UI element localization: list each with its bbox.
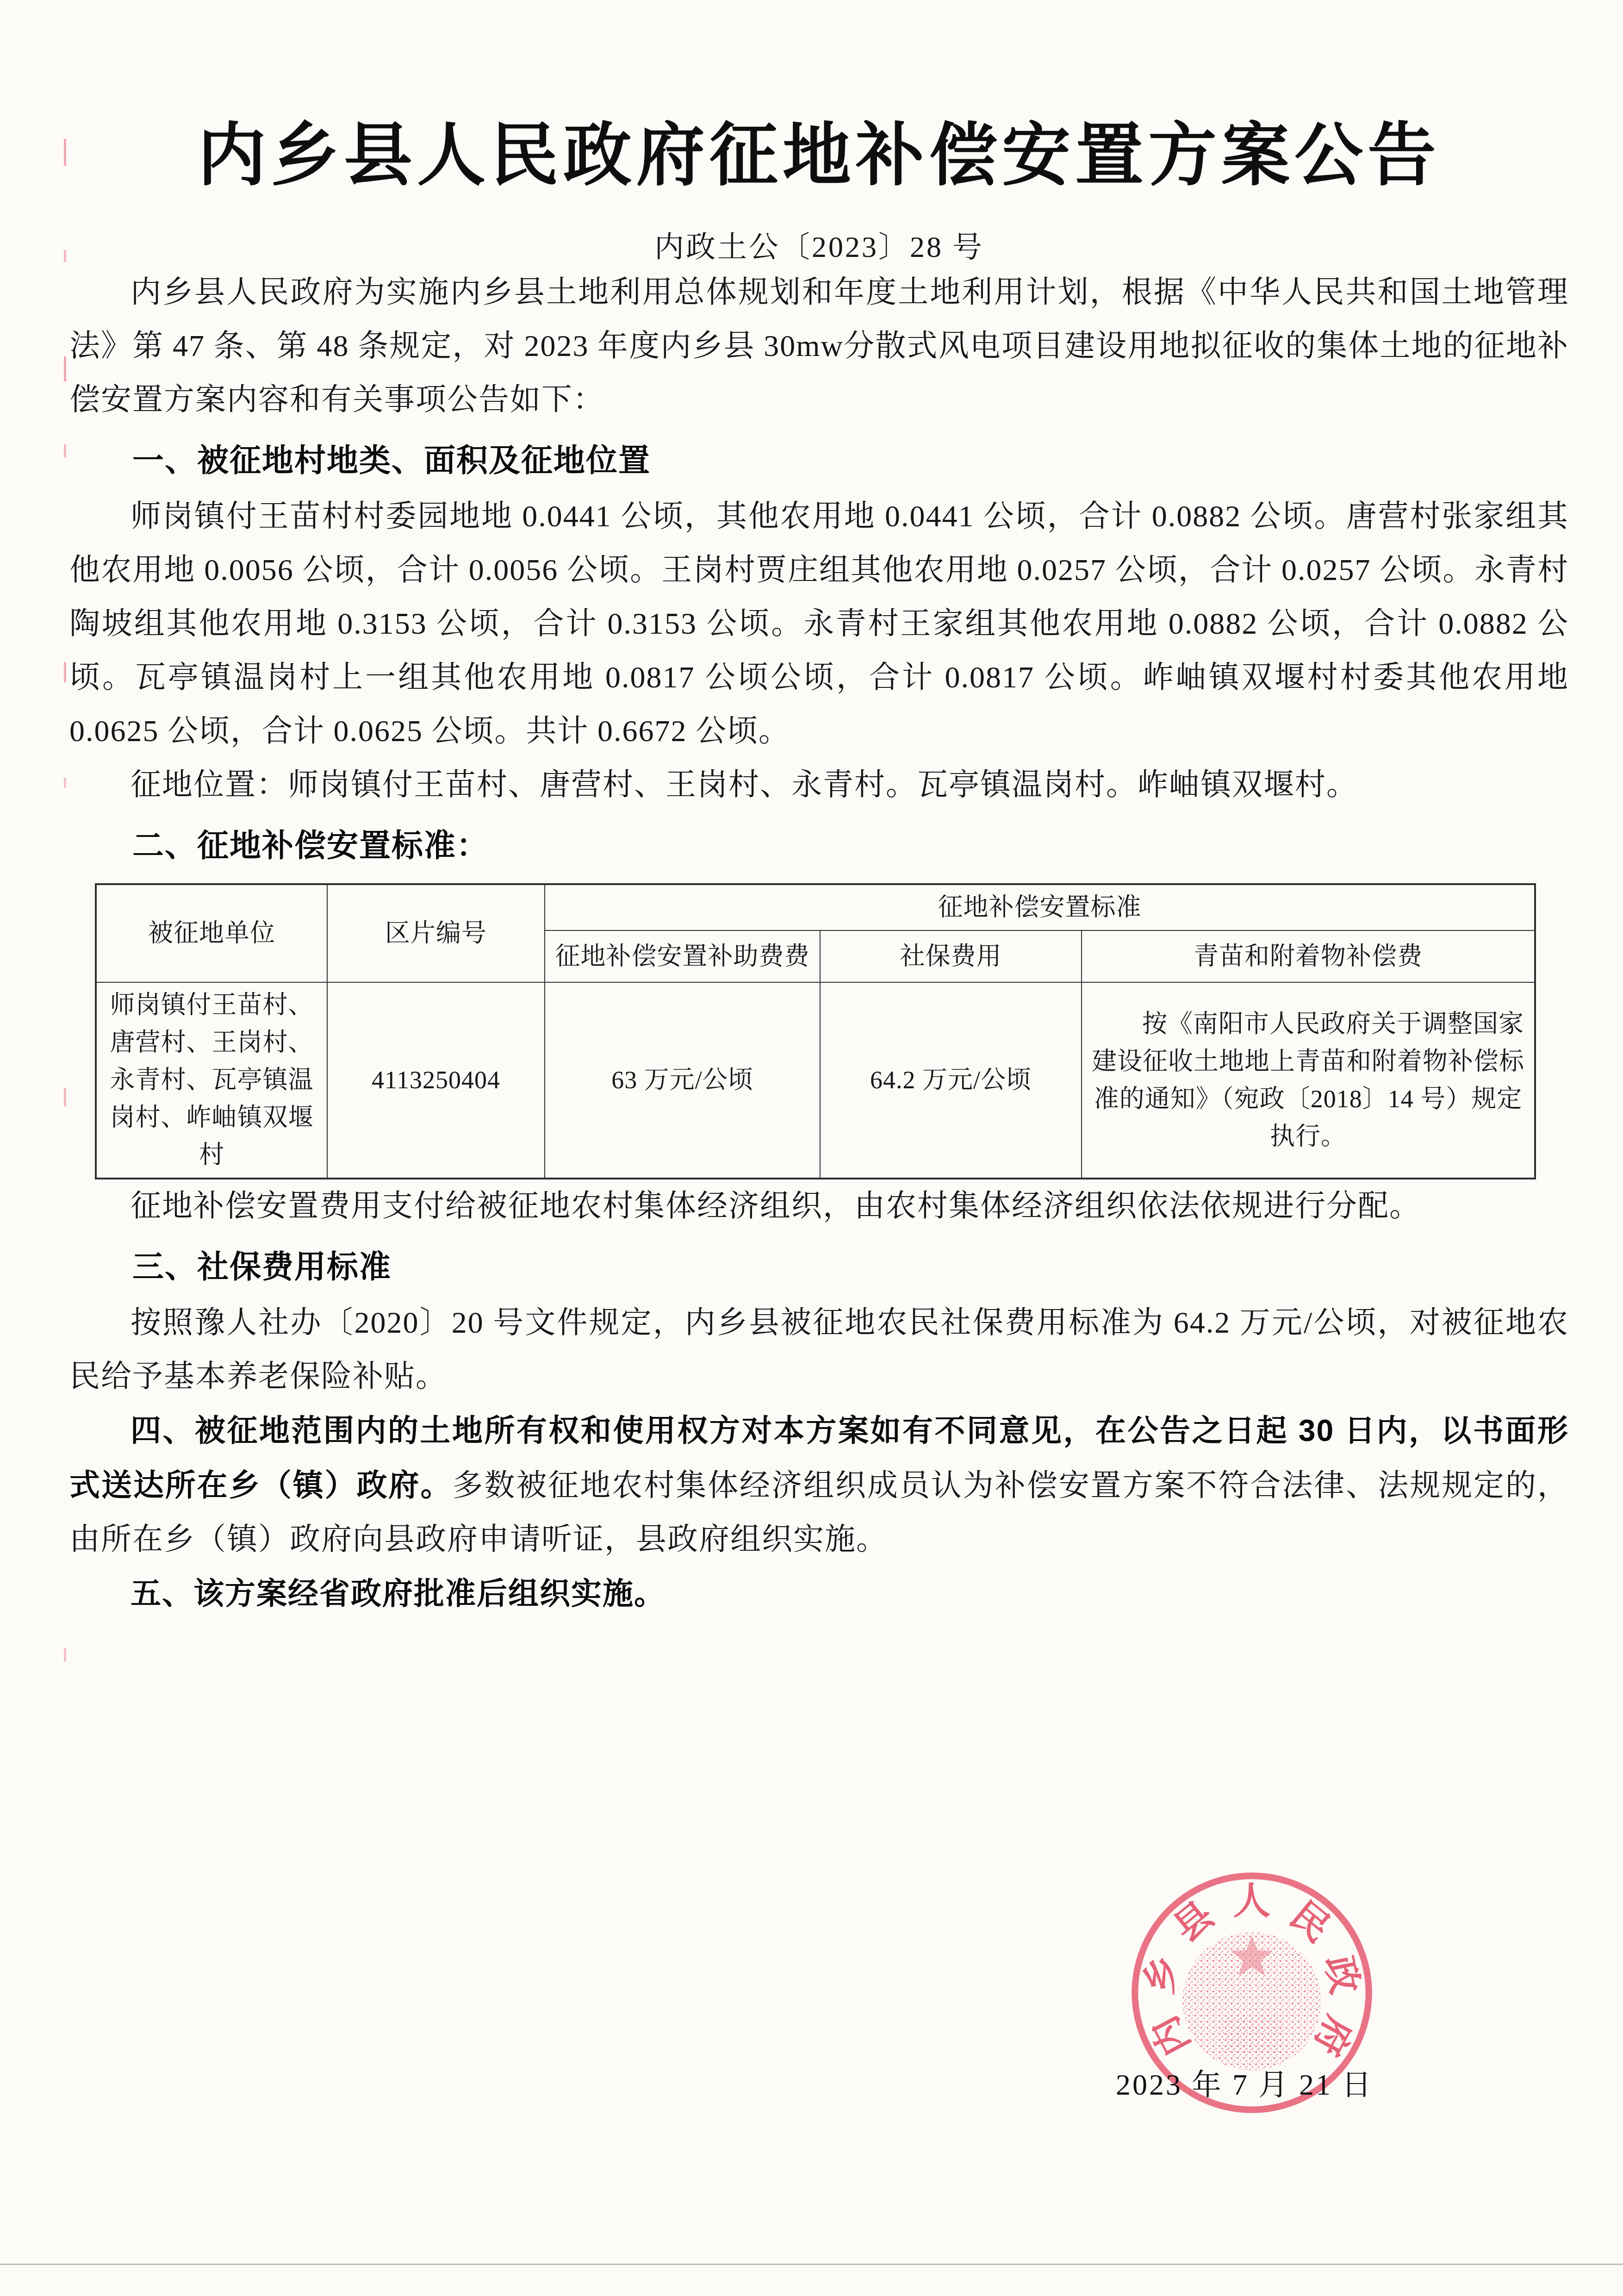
table-row: 师岗镇付王苗村、唐营村、王岗村、永青村、瓦亭镇温岗村、岞岫镇双堰村 411325… [96,982,1535,1179]
table-header-unit: 被征地单位 [96,884,327,982]
seal-character: 乡 [1138,1953,1186,1997]
table-header-standard-group: 征地补偿安置标准 [545,884,1535,930]
issue-date: 2023 年 7 月 21 日 [1116,2061,1373,2103]
scan-edge-artifact [64,1648,66,1662]
seal-character: 政 [1318,1953,1366,1997]
table-cell-block-number: 4113250404 [327,982,545,1179]
section3-heading: 三、社保费用标准 [69,1238,1569,1296]
compensation-standards-table: 被征地单位 区片编号 征地补偿安置标准 征地补偿安置补助费费 社保费用 青苗和附… [95,883,1536,1179]
seal-character: 人 [1233,1880,1271,1922]
section5-paragraph: 五、该方案经省政府批准后组织实施。 [69,1566,1569,1620]
section1-paragraph-locations: 征地位置：师岗镇付王苗村、唐营村、王岗村、永青村。瓦亭镇温岗村。岞岫镇双堰村。 [69,758,1569,812]
table-header-social-security: 社保费用 [820,930,1082,982]
table-cell-seedling-compensation: 按《南阳市人民政府关于调整国家建设征收土地地上青苗和附着物补偿标准的通知》（宛政… [1082,982,1535,1179]
table-header-seedling-compensation: 青苗和附着物补偿费 [1082,930,1535,982]
document-number: 内政土公〔2023〕28 号 [69,229,1569,266]
table-cell-social-security: 64.2 万元/公顷 [820,982,1082,1179]
seal-emblem [1182,1932,1321,2071]
table-cell-subsidy-fee: 63 万元/公顷 [545,982,820,1179]
section1-paragraph-areas: 师岗镇付王苗村村委园地地 0.0441 公顷，其他农用地 0.0441 公顷，合… [69,490,1569,758]
document-page: 内乡县人民政府征地补偿安置方案公告 内政土公〔2023〕28 号 内乡县人民政府… [0,0,1623,2296]
section1-heading: 一、被征地村地类、面积及征地位置 [69,431,1569,490]
table-header-row-1: 被征地单位 区片编号 征地补偿安置标准 [96,884,1535,930]
intro-paragraph: 内乡县人民政府为实施内乡县土地利用总体规划和年度土地利用计划，根据《中华人民共和… [69,266,1569,427]
section2-heading: 二、征地补偿安置标准： [69,817,1569,875]
section3-paragraph: 按照豫人社办〔2020〕20 号文件规定，内乡县被征地农民社保费用标准为 64.… [69,1296,1569,1404]
scan-artifact-line [0,2264,1623,2265]
section4-paragraph: 四、被征地范围内的土地所有权和使用权方对本方案如有不同意见，在公告之日起 30 … [69,1404,1569,1566]
table-header-block-number: 区片编号 [327,884,545,982]
table-header-subsidy-fee: 征地补偿安置补助费费 [545,930,820,982]
document-title: 内乡县人民政府征地补偿安置方案公告 [69,0,1569,195]
distribution-paragraph: 征地补偿安置费用支付给被征地农村集体经济组织，由农村集体经济组织依法依规进行分配… [69,1179,1569,1233]
table-cell-unit: 师岗镇付王苗村、唐营村、王岗村、永青村、瓦亭镇温岗村、岞岫镇双堰村 [96,982,327,1179]
document-content: 内乡县人民政府征地补偿安置方案公告 内政土公〔2023〕28 号 内乡县人民政府… [0,0,1623,1620]
